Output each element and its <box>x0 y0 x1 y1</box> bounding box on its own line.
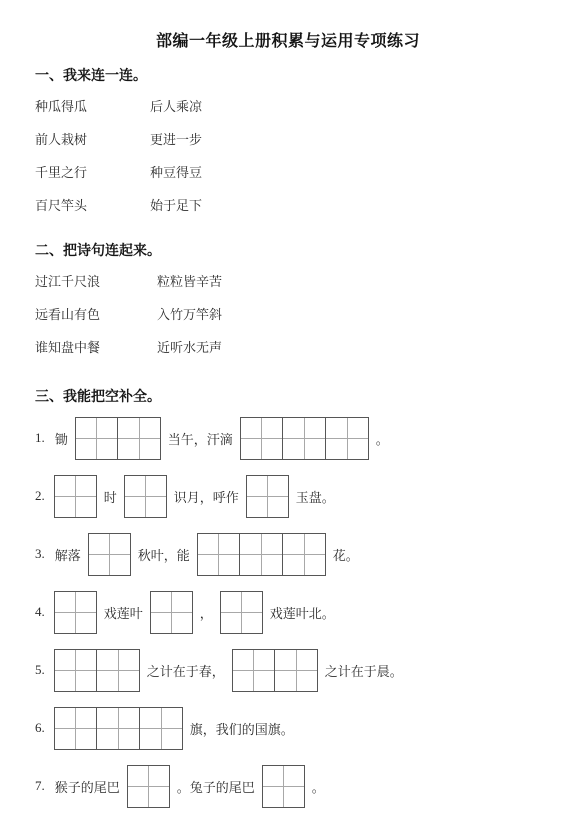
match-left-phrase: 种瓜得瓜 <box>35 96 150 115</box>
fill-list: 1.锄当午，汗滴。2.时识月，呼作玉盘。3.解落秋叶，能花。4.戏莲叶，戏莲叶北… <box>35 409 541 815</box>
match-row: 前人栽树更进一步 <box>35 122 541 155</box>
section-fill-blanks: 三、我能把空补全。 1.锄当午，汗滴。2.时识月，呼作玉盘。3.解落秋叶，能花。… <box>35 389 541 815</box>
writing-box <box>326 417 369 460</box>
item-number: 7. <box>35 778 45 794</box>
blank-answer-grid <box>232 649 318 692</box>
fill-item: 6.旗，我们的国旗。 <box>35 699 541 757</box>
item-number: 5. <box>35 662 45 678</box>
blank-answer-grid <box>246 475 289 518</box>
match-row: 过江千尺浪粒粒皆辛苦 <box>35 264 541 297</box>
worksheet-page: 部编一年级上册积累与运用专项练习 一、我来连一连。 种瓜得瓜后人乘凉前人栽树更进… <box>0 0 571 822</box>
match-left-phrase: 百尺竿头 <box>35 195 150 214</box>
match-row: 百尺竿头始于足下 <box>35 188 541 221</box>
writing-box <box>283 417 326 460</box>
match-right-phrase: 入竹万竿斜 <box>157 304 222 323</box>
fill-text: 旗，我们的国旗。 <box>190 719 294 738</box>
blank-answer-grid <box>54 649 140 692</box>
writing-box <box>283 533 326 576</box>
section-matching-2: 二、把诗句连起来。 过江千尺浪粒粒皆辛苦远看山有色入竹万竿斜谁知盘中餐近听水无声 <box>35 243 541 363</box>
item-number: 2. <box>35 488 45 504</box>
writing-box <box>54 707 97 750</box>
writing-box <box>124 475 167 518</box>
fill-text: 猴子的尾巴 <box>55 777 120 796</box>
fill-text: 之计在于春， <box>147 661 225 680</box>
writing-box <box>127 765 170 808</box>
match-left-phrase: 千里之行 <box>35 162 150 181</box>
fill-item: 4.戏莲叶，戏莲叶北。 <box>35 583 541 641</box>
fill-item: 3.解落秋叶，能花。 <box>35 525 541 583</box>
blank-answer-grid <box>150 591 193 634</box>
writing-box <box>118 417 161 460</box>
blank-answer-grid <box>54 475 97 518</box>
blank-answer-grid <box>220 591 263 634</box>
match-right-phrase: 后人乘凉 <box>150 96 202 115</box>
writing-box <box>240 417 283 460</box>
item-number: 6. <box>35 720 45 736</box>
writing-box <box>75 417 118 460</box>
match-list-1: 种瓜得瓜后人乘凉前人栽树更进一步千里之行种豆得豆百尺竿头始于足下 <box>35 89 541 221</box>
fill-text: 识月，呼作 <box>174 487 239 506</box>
blank-answer-grid <box>124 475 167 518</box>
fill-text: 当午，汗滴 <box>168 429 233 448</box>
match-left-phrase: 远看山有色 <box>35 304 157 323</box>
match-left-phrase: 前人栽树 <box>35 129 150 148</box>
blank-answer-grid <box>127 765 170 808</box>
writing-box <box>54 649 97 692</box>
match-list-2: 过江千尺浪粒粒皆辛苦远看山有色入竹万竿斜谁知盘中餐近听水无声 <box>35 264 541 363</box>
section-2-heading: 二、把诗句连起来。 <box>35 243 541 261</box>
page-title: 部编一年级上册积累与运用专项练习 <box>35 32 541 52</box>
blank-answer-grid <box>54 707 183 750</box>
writing-box <box>197 533 240 576</box>
item-number: 1. <box>35 430 45 446</box>
writing-box <box>246 475 289 518</box>
fill-text: 秋叶，能 <box>138 545 190 564</box>
fill-text: 戏莲叶北。 <box>270 603 335 622</box>
match-right-phrase: 种豆得豆 <box>150 162 202 181</box>
writing-box <box>97 707 140 750</box>
writing-box <box>54 591 97 634</box>
match-right-phrase: 粒粒皆辛苦 <box>157 271 222 290</box>
item-number: 3. <box>35 546 45 562</box>
item-number: 4. <box>35 604 45 620</box>
fill-text: ， <box>200 603 213 622</box>
writing-box <box>54 475 97 518</box>
fill-text: 花。 <box>333 545 359 564</box>
blank-answer-grid <box>240 417 369 460</box>
writing-box <box>262 765 305 808</box>
writing-box <box>275 649 318 692</box>
writing-box <box>232 649 275 692</box>
blank-answer-grid <box>197 533 326 576</box>
fill-item: 7.猴子的尾巴。兔子的尾巴。 <box>35 757 541 815</box>
match-row: 种瓜得瓜后人乘凉 <box>35 89 541 122</box>
blank-answer-grid <box>88 533 131 576</box>
writing-box <box>97 649 140 692</box>
section-matching-1: 一、我来连一连。 种瓜得瓜后人乘凉前人栽树更进一步千里之行种豆得豆百尺竿头始于足… <box>35 68 541 221</box>
match-left-phrase: 谁知盘中餐 <box>35 337 157 356</box>
match-row: 远看山有色入竹万竿斜 <box>35 297 541 330</box>
blank-answer-grid <box>54 591 97 634</box>
fill-item: 5.之计在于春，之计在于晨。 <box>35 641 541 699</box>
fill-item: 2.时识月，呼作玉盘。 <box>35 467 541 525</box>
match-left-phrase: 过江千尺浪 <box>35 271 157 290</box>
writing-box <box>220 591 263 634</box>
fill-text: 解落 <box>55 545 81 564</box>
blank-answer-grid <box>262 765 305 808</box>
fill-text: 戏莲叶 <box>104 603 143 622</box>
writing-box <box>88 533 131 576</box>
writing-box <box>150 591 193 634</box>
match-right-phrase: 更进一步 <box>150 129 202 148</box>
fill-text: 。兔子的尾巴 <box>177 777 255 796</box>
match-right-phrase: 始于足下 <box>150 195 202 214</box>
match-row: 谁知盘中餐近听水无声 <box>35 330 541 363</box>
fill-text: 玉盘。 <box>296 487 335 506</box>
fill-text: 之计在于晨。 <box>325 661 403 680</box>
fill-text: 时 <box>104 487 117 506</box>
match-row: 千里之行种豆得豆 <box>35 155 541 188</box>
match-right-phrase: 近听水无声 <box>157 337 222 356</box>
blank-answer-grid <box>75 417 161 460</box>
fill-text: 锄 <box>55 429 68 448</box>
fill-text: 。 <box>312 777 325 796</box>
section-1-heading: 一、我来连一连。 <box>35 68 541 86</box>
section-3-heading: 三、我能把空补全。 <box>35 389 541 407</box>
writing-box <box>140 707 183 750</box>
writing-box <box>240 533 283 576</box>
fill-text: 。 <box>376 429 389 448</box>
fill-item: 1.锄当午，汗滴。 <box>35 409 541 467</box>
